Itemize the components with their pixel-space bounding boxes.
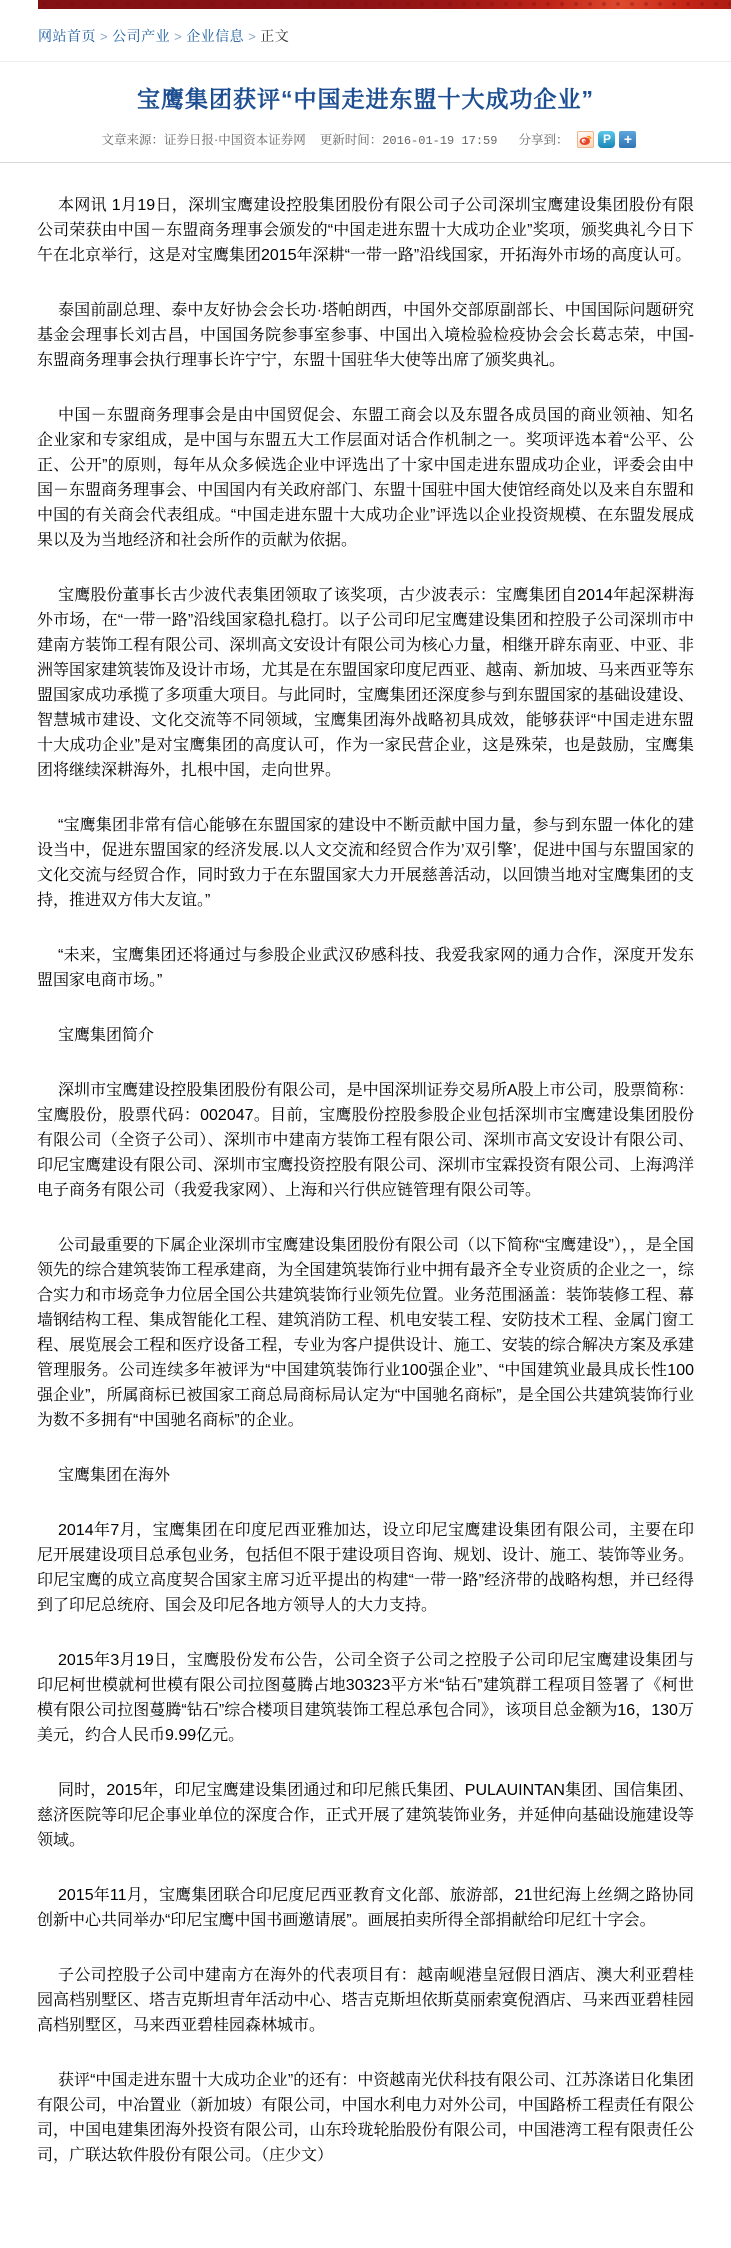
- sina-weibo-icon[interactable]: [577, 131, 594, 148]
- article-paragraph: 同时，2015年，印尼宝鹰建设集团通过和印尼熊氏集团、PULAUINTAN集团、…: [37, 1778, 694, 1853]
- breadcrumb-current: 正文: [260, 28, 289, 44]
- header-divider: [0, 61, 731, 62]
- time-label: 更新时间：: [320, 133, 383, 147]
- share-more-icon[interactable]: +: [619, 131, 636, 148]
- article-paragraph: 2015年11月，宝鹰集团联合印尼度尼西亚教育文化部、旅游部，21世纪海上丝绸之…: [37, 1883, 694, 1933]
- breadcrumb-link-company-info[interactable]: 企业信息: [186, 28, 244, 44]
- breadcrumb-link-industry[interactable]: 公司产业: [112, 28, 170, 44]
- share-label: 分享到：: [518, 130, 568, 148]
- share-buttons: P +: [573, 131, 636, 148]
- sina-weibo-glyph: [579, 133, 592, 146]
- article-paragraph: “宝鹰集团非常有信心能够在东盟国家的建设中不断贡献中国力量，参与到东盟一体化的建…: [37, 813, 694, 913]
- article-paragraph: 2015年3月19日，宝鹰股份发布公告，公司全资子公司之控股子公司印尼宝鹰建设集…: [37, 1648, 694, 1748]
- article-paragraph: 深圳市宝鹰建设控股集团股份有限公司，是中国深圳证券交易所A股上市公司，股票简称：…: [37, 1078, 694, 1203]
- article-paragraph: 公司最重要的下属企业深圳市宝鹰建设集团股份有限公司（以下简称“宝鹰建设”），，是…: [37, 1233, 694, 1433]
- article-paragraph: 2014年7月，宝鹰集团在印度尼西亚雅加达，设立印尼宝鹰建设集团有限公司，主要在…: [37, 1518, 694, 1618]
- article-paragraph: 中国－东盟商务理事会是由中国贸促会、东盟工商会以及东盟各成员国的商业领袖、知名企…: [37, 403, 694, 553]
- tencent-weibo-icon[interactable]: P: [598, 131, 615, 148]
- article-body: 本网讯 1月19日，深圳宝鹰建设控股集团股份有限公司子公司深圳宝鹰建设集团股份有…: [0, 163, 731, 2228]
- breadcrumb-separator: >: [100, 29, 108, 44]
- article-paragraph: 本网讯 1月19日，深圳宝鹰建设控股集团股份有限公司子公司深圳宝鹰建设集团股份有…: [37, 193, 694, 268]
- article-meta: 文章来源：证券日报·中国资本证券网 更新时间：2016-01-19 17:59 …: [0, 130, 731, 148]
- site-header-banner: [38, 0, 731, 9]
- article-source: 文章来源：证券日报·中国资本证券网: [102, 130, 306, 148]
- article-section-heading: 宝鹰集团在海外: [37, 1463, 694, 1488]
- source-value: 证券日报·中国资本证券网: [164, 133, 306, 147]
- article-paragraph: 泰国前副总理、泰中友好协会会长功·塔帕朗西，中国外交部原副部长、中国国际问题研究…: [37, 298, 694, 373]
- article-paragraph: “未来，宝鹰集团还将通过与参股企业武汉矽感科技、我爱我家网的通力合作，深度开发东…: [37, 943, 694, 993]
- breadcrumb-separator: >: [174, 29, 182, 44]
- article-paragraph: 获评“中国走进东盟十大成功企业”的还有：中资越南光伏科技有限公司、江苏涤诺日化集…: [37, 2068, 694, 2168]
- breadcrumb-separator: >: [248, 29, 256, 44]
- time-value: 2016-01-19 17:59: [382, 134, 497, 148]
- breadcrumb: 网站首页>公司产业>企业信息>正文: [38, 26, 731, 46]
- article-title: 宝鹰集团获评“中国走进东盟十大成功企业”: [40, 81, 691, 114]
- source-label: 文章来源：: [102, 133, 165, 147]
- breadcrumb-link-home[interactable]: 网站首页: [38, 28, 96, 44]
- article-paragraph: 宝鹰股份董事长古少波代表集团领取了该奖项，古少波表示：宝鹰集团自2014年起深耕…: [37, 583, 694, 783]
- article-section-heading: 宝鹰集团简介: [37, 1023, 694, 1048]
- article-paragraph: 子公司控股子公司中建南方在海外的代表项目有：越南岘港皇冠假日酒店、澳大利亚碧桂园…: [37, 1963, 694, 2038]
- article-update-time: 更新时间：2016-01-19 17:59: [320, 130, 498, 148]
